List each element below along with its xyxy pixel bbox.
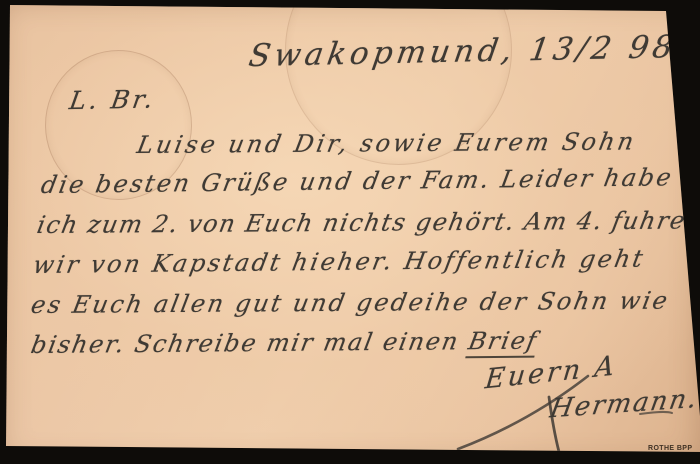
salutation: L. Br. (67, 84, 158, 115)
body-line: es Euch allen gut und gedeihe der Sohn w… (29, 287, 672, 319)
underlined-word: Brief (466, 327, 541, 359)
dateline: Swakopmund, 13/2 98 (246, 29, 679, 74)
body-line: bisher. Schreibe mir mal einen Brief (29, 327, 540, 359)
postcard: Swakopmund, 13/2 98 L. Br. Luise und Dir… (0, 0, 700, 464)
signature: Hermann. (548, 384, 700, 425)
expert-mark: ROTHE BPP (648, 445, 692, 452)
body-line: ich zum 2. von Euch nichts gehört. Am 4.… (35, 206, 700, 239)
body-line: Luise und Dir, sowie Eurem Sohn (135, 128, 639, 160)
body-line: wir von Kapstadt hieher. Hoffentlich geh… (31, 245, 648, 279)
body-line-text: bisher. Schreibe mir mal einen (29, 327, 462, 359)
